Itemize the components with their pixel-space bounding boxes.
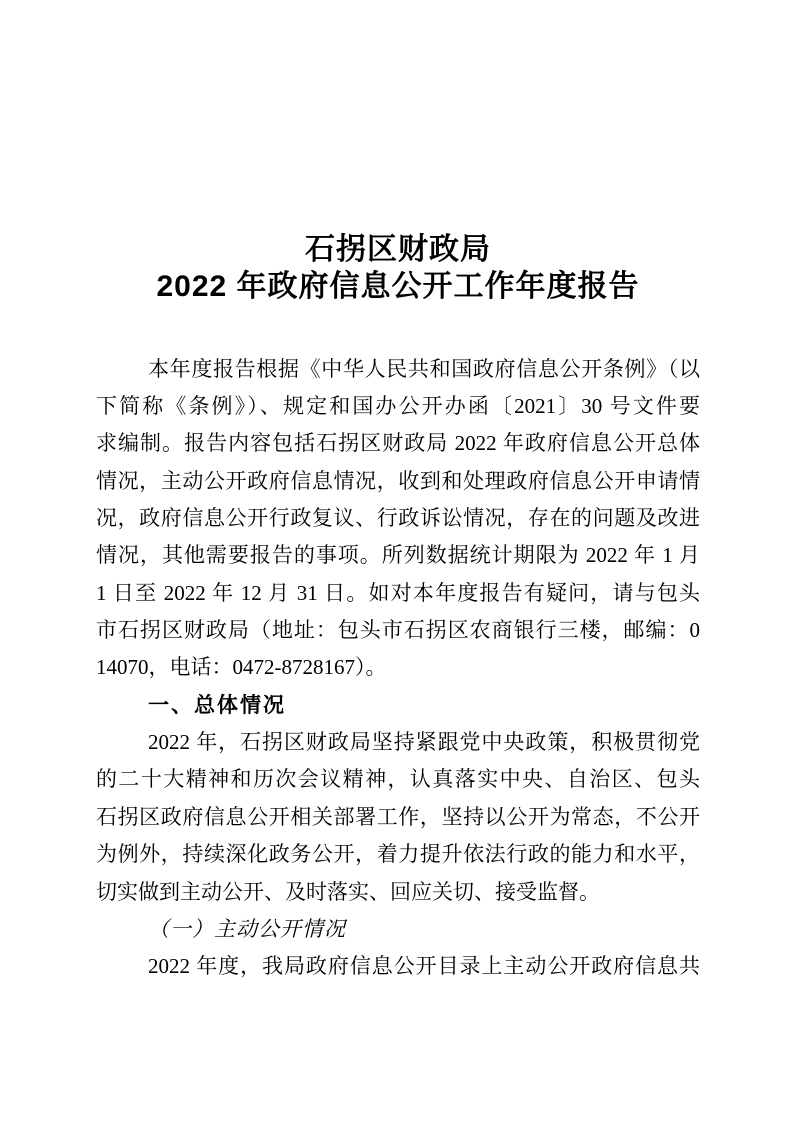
intro-paragraph-line: 本年度报告根据《中华人民共和国政府信息公开条例》（以 [96, 351, 700, 388]
intro-paragraph-line: 市石拐区财政局（地址：包头市石拐区农商银行三楼，邮编：0 [96, 612, 700, 649]
intro-paragraph-line: 下简称《条例》）、规定和国办公开办函〔2021〕30 号文件要 [96, 388, 700, 425]
intro-paragraph-line: 情况，其他需要报告的事项。所列数据统计期限为 2022 年 1 月 [96, 537, 700, 574]
title-line-2: 2022 年政府信息公开工作年度报告 [96, 268, 700, 305]
intro-paragraph-line: 14070，电话：0472-8728167）。 [96, 649, 700, 686]
subsection-1-1-heading: （一）主动公开情况 [96, 911, 700, 948]
section-1-paragraph-line: 2022 年，石拐区财政局坚持紧跟党中央政策，积极贯彻党 [96, 724, 700, 761]
document-title: 石拐区财政局 2022 年政府信息公开工作年度报告 [96, 231, 700, 306]
section-1-paragraph-line: 切实做到主动公开、及时落实、回应关切、接受监督。 [96, 874, 700, 911]
intro-paragraph-line: 求编制。报告内容包括石拐区财政局 2022 年政府信息公开总体 [96, 425, 700, 462]
intro-paragraph-line: 况，政府信息公开行政复议、行政诉讼情况，存在的问题及改进 [96, 500, 700, 537]
section-1-paragraph-line: 为例外，持续深化政务公开，着力提升依法行政的能力和水平， [96, 836, 700, 873]
subsection-1-1-paragraph-line: 2022 年度，我局政府信息公开目录上主动公开政府信息共 [96, 948, 700, 985]
intro-paragraph-line: 1 日至 2022 年 12 月 31 日。如对本年度报告有疑问，请与包头 [96, 575, 700, 612]
text-block: 石拐区财政局 2022 年政府信息公开工作年度报告 本年度报告根据《中华人民共和… [96, 0, 700, 986]
document-body: 本年度报告根据《中华人民共和国政府信息公开条例》（以 下简称《条例》）、规定和国… [96, 351, 700, 986]
title-line-1: 石拐区财政局 [96, 231, 700, 268]
document-page: 石拐区财政局 2022 年政府信息公开工作年度报告 本年度报告根据《中华人民共和… [0, 0, 793, 1122]
intro-paragraph-line: 情况，主动公开政府信息情况，收到和处理政府信息公开申请情 [96, 463, 700, 500]
section-1-paragraph-line: 石拐区政府信息公开相关部署工作，坚持以公开为常态，不公开 [96, 799, 700, 836]
section-1-paragraph-line: 的二十大精神和历次会议精神，认真落实中央、自治区、包头市、 [96, 761, 700, 798]
section-1-heading: 一、总体情况 [96, 687, 700, 724]
